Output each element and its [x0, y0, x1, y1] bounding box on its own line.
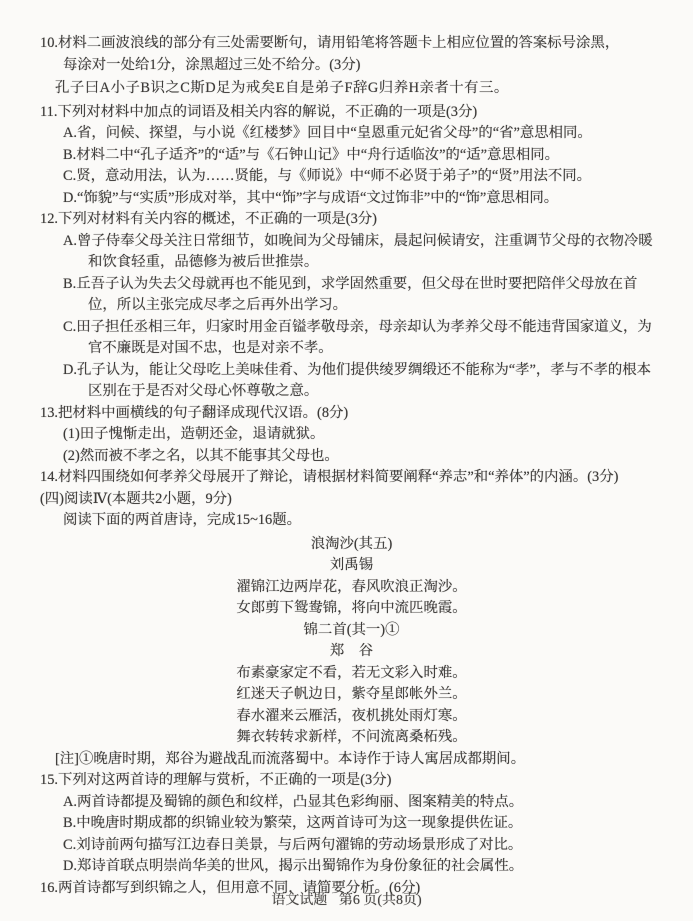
question-15-stem: 15.下列对这两首诗的理解与赏析，不正确的一项是(3分)	[40, 770, 663, 792]
question-12-option-a: A.曾子侍奉父母关注日常细节，如晚间为父母铺床，晨起问候请安，注重调节父母的衣物…	[63, 231, 663, 274]
question-10-stem-line-1: 10.材料二画波浪线的部分有三处需要断句，请用铅笔将答题卡上相应位置的答案标号涂…	[40, 33, 663, 55]
question-15: 15.下列对这两首诗的理解与赏析，不正确的一项是(3分) A.两首诗都提及蜀锦的…	[40, 770, 663, 878]
section-4-intro: 阅读下面的两首唐诗，完成15~16题。	[63, 510, 663, 532]
question-15-option-b: B.中晚唐时期成都的织锦业较为繁荣，这两首诗可为这一现象提供佐证。	[63, 813, 663, 835]
poem-1-title: 浪淘沙(其五)	[40, 534, 663, 556]
question-14: 14.材料四围绕如何孝养父母展开了辩论，请根据材料简要阐释“养志”和“养体”的内…	[40, 467, 663, 489]
poem-2-title: 锦二首(其一)①	[40, 620, 663, 642]
exam-page: 10.材料二画波浪线的部分有三处需要断句，请用铅笔将答题卡上相应位置的答案标号涂…	[0, 0, 693, 921]
poem-2-line-3: 春水濯来云雁活，夜机挑处雨灯寒。	[40, 706, 663, 728]
poem-2-line-4: 舞衣转转求新样，不问流离桑柘残。	[40, 727, 663, 749]
poem-jin-ershou: 锦二首(其一)① 郑 谷 布素豪家定不看，若无文彩入时难。 红迷天子帆边日，紫夺…	[40, 620, 663, 749]
question-11-option-a: A.省，问候、探望，与小说《红楼梦》回目中“皇恩重元妃省父母”的“省”意思相同。	[63, 123, 663, 145]
question-13-item-2: (2)然而被不孝之名，以其不能事其父母也。	[63, 446, 663, 468]
question-13-stem: 13.把材料中画横线的句子翻译成现代汉语。(8分)	[40, 403, 663, 425]
question-13: 13.把材料中画横线的句子翻译成现代汉语。(8分) (1)田子愧惭走出，造朝还金…	[40, 403, 663, 468]
section-4-heading: (四)阅读Ⅳ(本题共2小题，9分)	[40, 489, 663, 511]
question-15-option-c: C.刘诗前两句描写江边春日美景，与后两句濯锦的劳动场景形成了对比。	[63, 835, 663, 857]
question-10-punctuation-sentence: 孔子曰A小子B识之C斯D足为戒矣E自是弟子F辞G归养H亲者十有三。	[55, 78, 663, 100]
poem-note: [注]①晚唐时期，郑谷为避战乱而流落蜀中。本诗作于诗人寓居成都期间。	[55, 749, 663, 771]
question-13-item-1: (1)田子愧惭走出，造朝还金，退请就狱。	[63, 424, 663, 446]
section-4: (四)阅读Ⅳ(本题共2小题，9分) 阅读下面的两首唐诗，完成15~16题。	[40, 489, 663, 532]
poem-1-line-2: 女郎剪下鸳鸯锦，将向中流匹晚霞。	[40, 598, 663, 620]
poem-langtaosha: 浪淘沙(其五) 刘禹锡 濯锦江边两岸花，春风吹浪正淘沙。 女郎剪下鸳鸯锦，将向中…	[40, 534, 663, 620]
page-footer: 语文试题 第6 页(共8页)	[0, 890, 693, 912]
poem-2-author: 郑 谷	[40, 641, 663, 663]
poem-1-line-1: 濯锦江边两岸花，春风吹浪正淘沙。	[40, 577, 663, 599]
question-11-stem: 11.下列对材料中加点的词语及相关内容的解说，不正确的一项是(3分)	[40, 102, 663, 124]
question-10-stem-line-2: 每涂对一处给1分，涂黑超过三处不给分。(3分)	[63, 55, 663, 77]
question-12-option-b: B.丘吾子认为失去父母就再也不能见到，求学固然重要，但父母在世时要把陪伴父母放在…	[63, 274, 663, 317]
question-12-option-d: D.孔子认为，能让父母吃上美味佳肴、为他们提供绫罗绸缎还不能称为“孝”，孝与不孝…	[63, 360, 663, 403]
question-11-option-d: D.“饰貌”与“实质”形成对举，其中“饰”字与成语“文过饰非”中的“饰”意思相同…	[63, 188, 663, 210]
footer-page-number: 第6 页(共8页)	[339, 893, 422, 908]
poem-2-line-1: 布素豪家定不看，若无文彩入时难。	[40, 663, 663, 685]
footer-paper-title: 语文试题	[271, 893, 327, 908]
question-14-stem: 14.材料四围绕如何孝养父母展开了辩论，请根据材料简要阐释“养志”和“养体”的内…	[40, 467, 663, 489]
question-12-option-c: C.田子担任丞相三年，归家时用金百镒孝敬母亲，母亲却认为孝养父母不能违背国家道义…	[63, 317, 663, 360]
question-11-option-b: B.材料二中“孔子适齐”的“适”与《石钟山记》中“舟行适临汝”的“适”意思相同。	[63, 145, 663, 167]
question-12-stem: 12.下列对材料有关内容的概述，不正确的一项是(3分)	[40, 209, 663, 231]
question-11: 11.下列对材料中加点的词语及相关内容的解说，不正确的一项是(3分) A.省，问…	[40, 102, 663, 210]
question-11-option-c: C.贤，意动用法，认为……贤能，与《师说》中“师不必贤于弟子”的“贤”用法不同。	[63, 166, 663, 188]
poem-1-author: 刘禹锡	[40, 555, 663, 577]
question-10: 10.材料二画波浪线的部分有三处需要断句，请用铅笔将答题卡上相应位置的答案标号涂…	[40, 33, 663, 100]
question-12: 12.下列对材料有关内容的概述，不正确的一项是(3分) A.曾子侍奉父母关注日常…	[40, 209, 663, 403]
question-15-option-d: D.郑诗首联点明崇尚华美的世风，揭示出蜀锦作为身份象征的社会属性。	[63, 856, 663, 878]
question-15-option-a: A.两首诗都提及蜀锦的颜色和纹样，凸显其色彩绚丽、图案精美的特点。	[63, 792, 663, 814]
poem-2-line-2: 红迷天子帆边日，紫夺星郎帐外兰。	[40, 684, 663, 706]
